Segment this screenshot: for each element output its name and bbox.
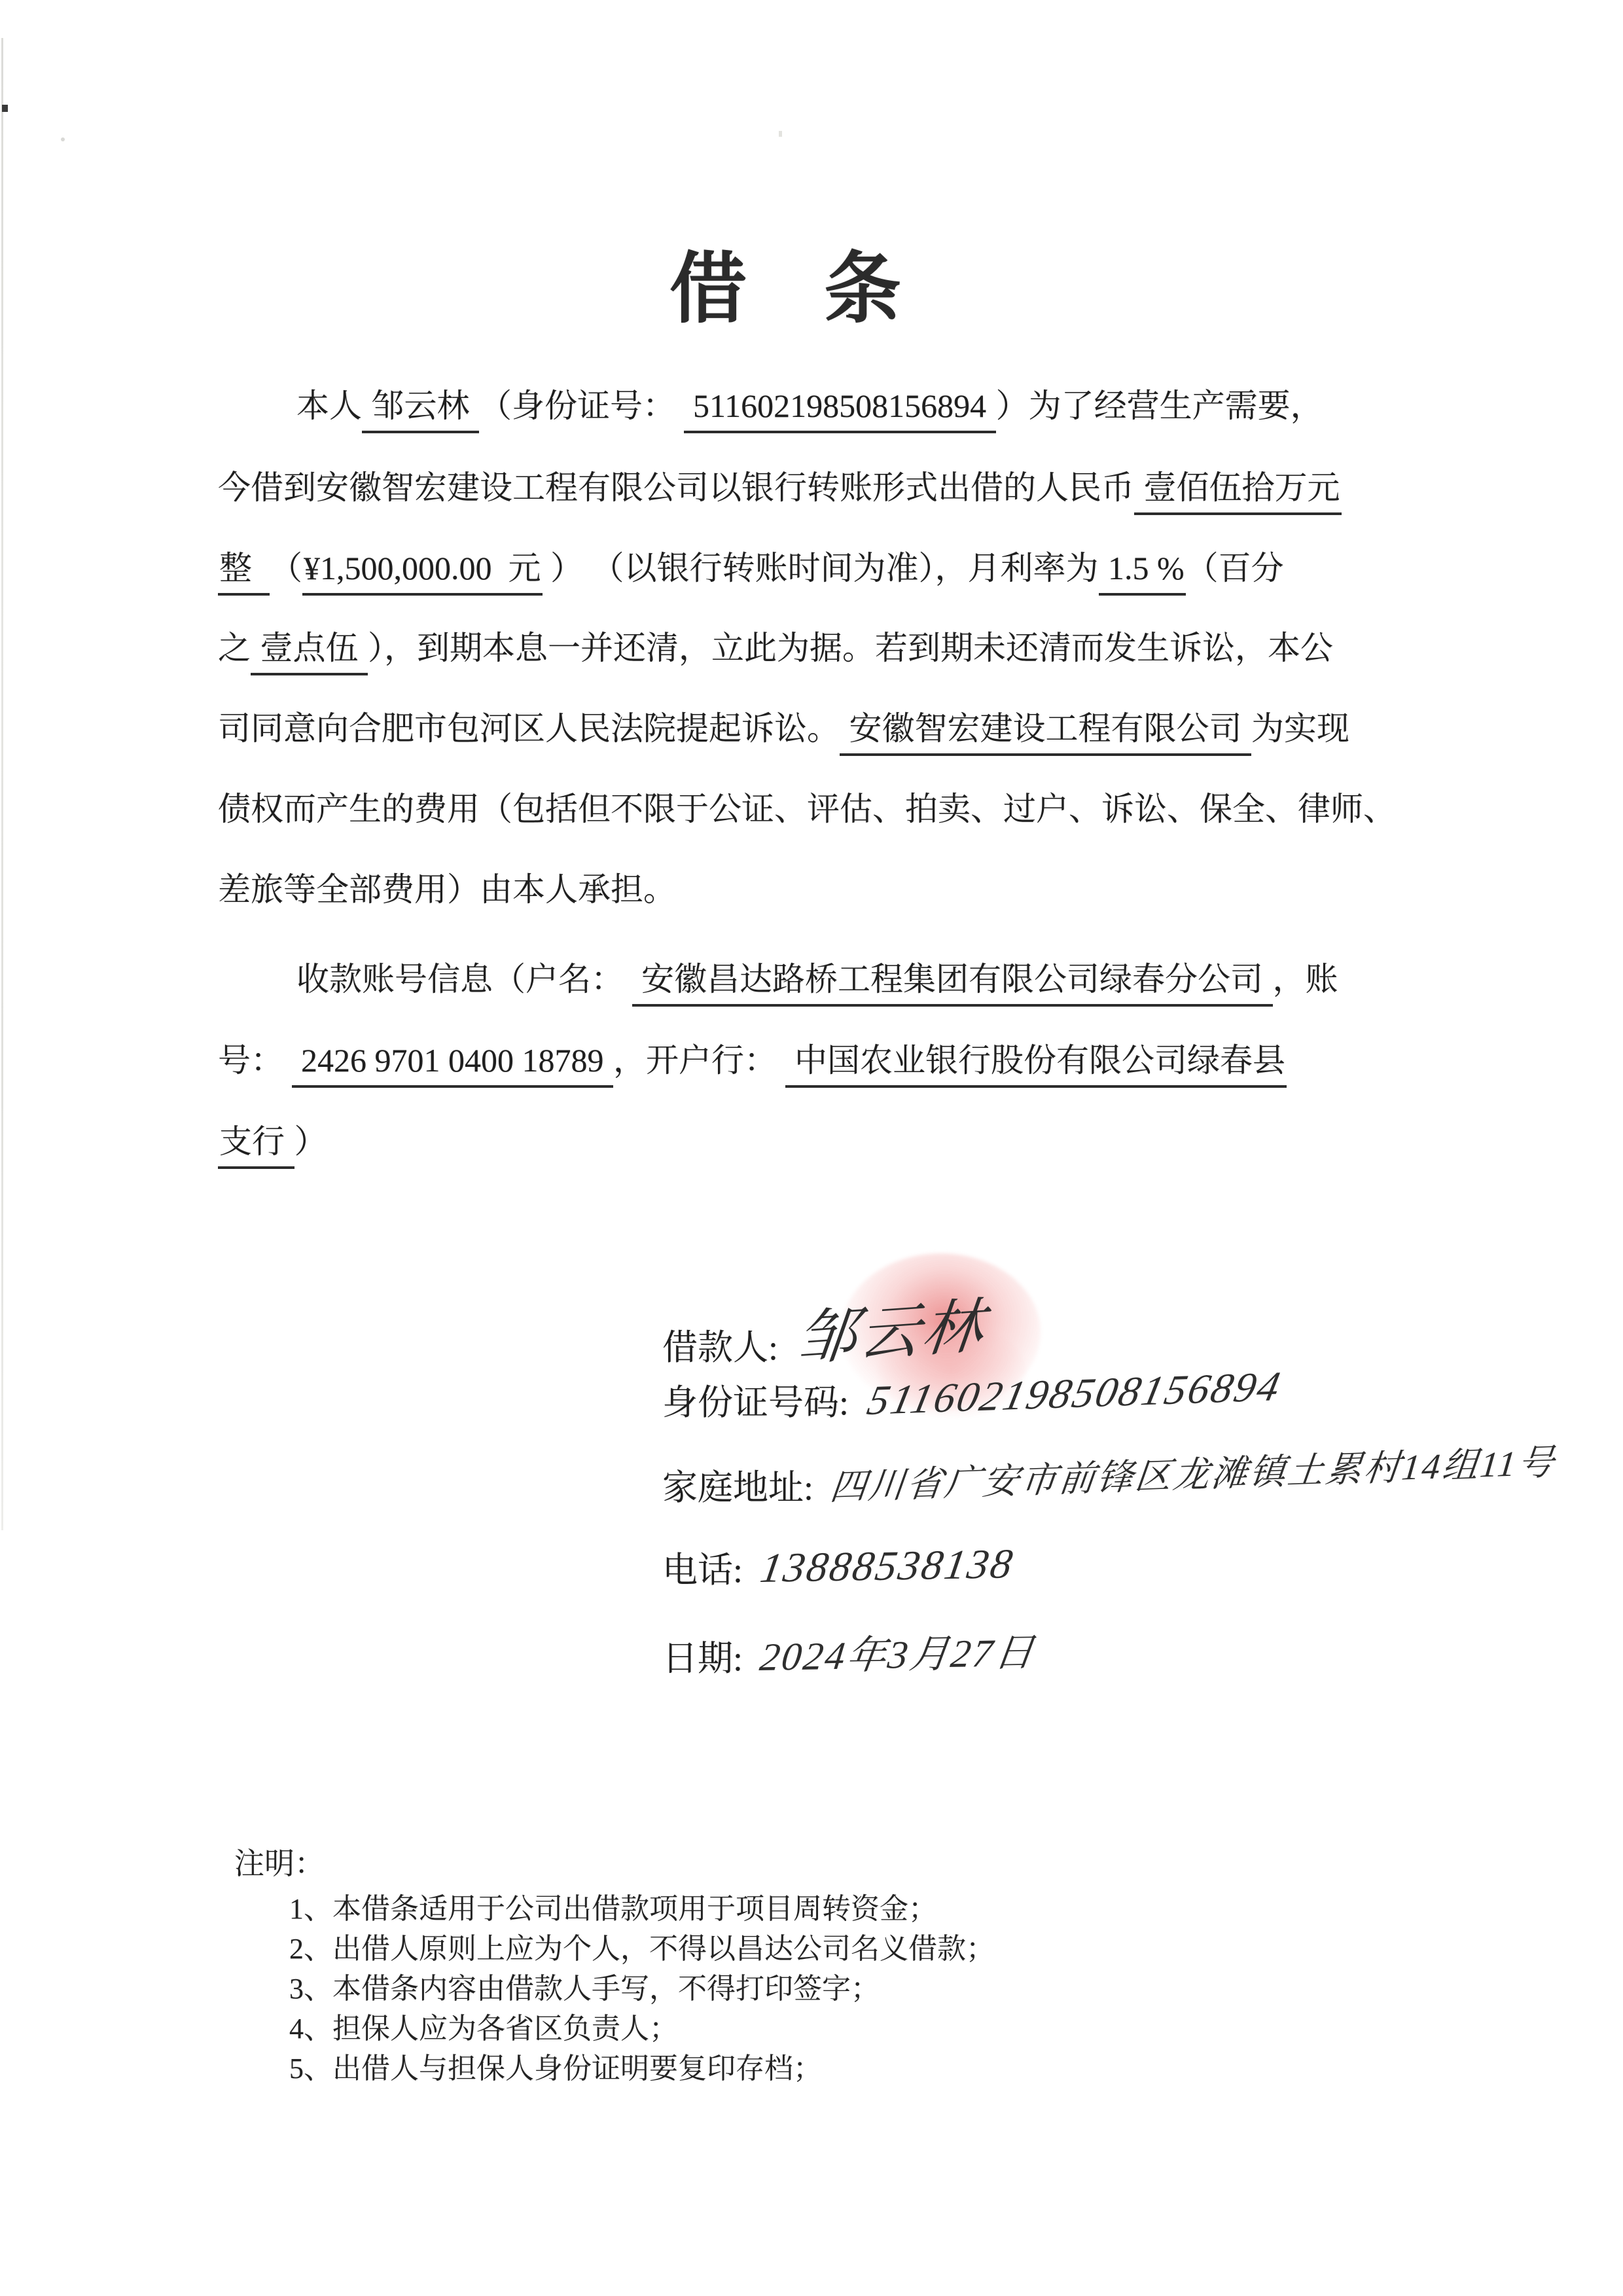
signature-row-phone: 电话: 13888538138	[662, 1542, 1550, 1626]
underlined-text: 安徽昌达路桥工程集团有限公司绿春分公司	[632, 961, 1273, 1007]
text-run: 之	[218, 630, 251, 673]
body-line: 整 （¥1,500,000.00 元 ） （以银行转账时间为准），月利率为 1.…	[218, 548, 1461, 588]
underlined-text: 中国农业银行股份有限公司绿春县	[785, 1042, 1287, 1088]
text-run: ） （以银行转账时间为准），月利率为	[543, 550, 1099, 593]
body-line: 差旅等全部费用）由本人承担。	[218, 869, 1461, 910]
signature-block: 借款人: 邹云林 身份证号码: 511602198508156894 家庭地址:…	[662, 1291, 1550, 1710]
underlined-text: ¥1,500,000.00 元	[302, 550, 543, 596]
underlined-text: 安徽智宏建设工程有限公司	[840, 710, 1251, 756]
note-item: 5、出借人与担保人身份证明要复印存档；	[289, 2049, 995, 2089]
underlined-text: 511602198508156894	[684, 387, 996, 433]
body-line: 号： 2426 9701 0400 18789 ，开户行： 中国农业银行股份有限…	[218, 1040, 1461, 1081]
note-item: 3、本借条内容由借款人手写，不得打印签字；	[289, 1969, 995, 2009]
borrower-handwritten-signature: 邹云林	[793, 1278, 990, 1377]
underlined-text: 邹云林	[362, 387, 479, 433]
text-run: 收款账号信息（户名：	[296, 961, 632, 1004]
text-run: （百分	[1186, 550, 1284, 593]
document-title: 借 条	[0, 246, 1571, 331]
text-run: 号：	[218, 1042, 292, 1085]
phone-label: 电话:	[662, 1542, 743, 1592]
note-item: 2、出借人原则上应为个人，不得以昌达公司名义借款；	[289, 1929, 995, 1969]
underlined-text: 1.5 %	[1099, 550, 1186, 596]
body-line: 支行 ）	[218, 1121, 1461, 1162]
text-run: ，开户行：	[613, 1042, 785, 1085]
underlined-text: 整	[218, 550, 270, 596]
text-run: ）	[294, 1123, 327, 1166]
signature-row-address: 家庭地址: 四川省广安市前锋区龙滩镇土累村14组11号	[662, 1458, 1550, 1542]
underlined-text: 壹佰伍拾万元	[1134, 469, 1342, 515]
scan-speck	[2, 105, 8, 112]
body-line: 本人 邹云林 （身份证号： 511602198508156894 ）为了经营生产…	[218, 386, 1540, 426]
notes-section: 注明： 1、本借条适用于公司出借款项用于项目周转资金； 2、出借人原则上应为个人…	[234, 1844, 995, 2089]
body-line: 司同意向合肥市包河区人民法院提起诉讼。 安徽智宏建设工程有限公司 为实现	[218, 708, 1461, 749]
id-number-label: 身份证号码:	[662, 1374, 849, 1425]
borrower-label: 借款人:	[662, 1319, 778, 1370]
text-run: 债权而产生的费用（包括但不限于公证、评估、拍卖、过户、诉讼、保全、律师、	[218, 791, 1396, 834]
note-item: 1、本借条适用于公司出借款项用于项目周转资金；	[289, 1889, 995, 1929]
underlined-text: 支行	[218, 1123, 294, 1169]
scanned-iou-document: 借 条 本人 邹云林 （身份证号： 511602198508156894 ）为了…	[0, 0, 1623, 2296]
text-run: ），到期本息一并还清，立此为据。若到期未还清而发生诉讼，本公	[368, 630, 1333, 673]
underlined-text: 2426 9701 0400 18789	[292, 1042, 614, 1088]
scan-speck	[61, 137, 65, 141]
signature-row-borrower: 借款人: 邹云林	[662, 1291, 1550, 1374]
body-line: 今借到安徽智宏建设工程有限公司以银行转账形式出借的人民币 壹佰伍拾万元	[218, 467, 1461, 508]
text-run: 本人	[296, 387, 362, 431]
body-line: 收款账号信息（户名： 安徽昌达路桥工程集团有限公司绿春分公司 ，账	[218, 959, 1540, 999]
body-line: 之 壹点伍 ），到期本息一并还清，立此为据。若到期未还清而发生诉讼，本公	[218, 628, 1461, 668]
text-run: ）为了经营生产需要，	[996, 387, 1323, 431]
text-run: （身份证号：	[479, 387, 684, 431]
underlined-text: 壹点伍	[251, 630, 368, 675]
date-label: 日期:	[662, 1630, 743, 1681]
text-run: 差旅等全部费用）由本人承担。	[218, 871, 676, 914]
notes-heading: 注明：	[234, 1844, 995, 1884]
body-line: 债权而产生的费用（包括但不限于公证、评估、拍卖、过户、诉讼、保全、律师、	[218, 789, 1461, 829]
scan-speck	[779, 131, 782, 137]
text-run: 今借到安徽智宏建设工程有限公司以银行转账形式出借的人民币	[218, 469, 1134, 512]
text-run: （	[270, 550, 302, 593]
home-address-label: 家庭地址:	[662, 1460, 813, 1510]
signature-row-date: 日期: 2024年3月27日	[662, 1626, 1550, 1710]
date-handwritten: 2024年3月27日	[757, 1621, 1040, 1682]
text-run: 司同意向合肥市包河区人民法院提起诉讼。	[218, 710, 840, 753]
text-run: ，账	[1273, 961, 1338, 1004]
text-run: 为实现	[1251, 710, 1349, 753]
phone-handwritten: 13888538138	[757, 1539, 1018, 1592]
note-item: 4、担保人应为各省区负责人；	[289, 2009, 995, 2049]
